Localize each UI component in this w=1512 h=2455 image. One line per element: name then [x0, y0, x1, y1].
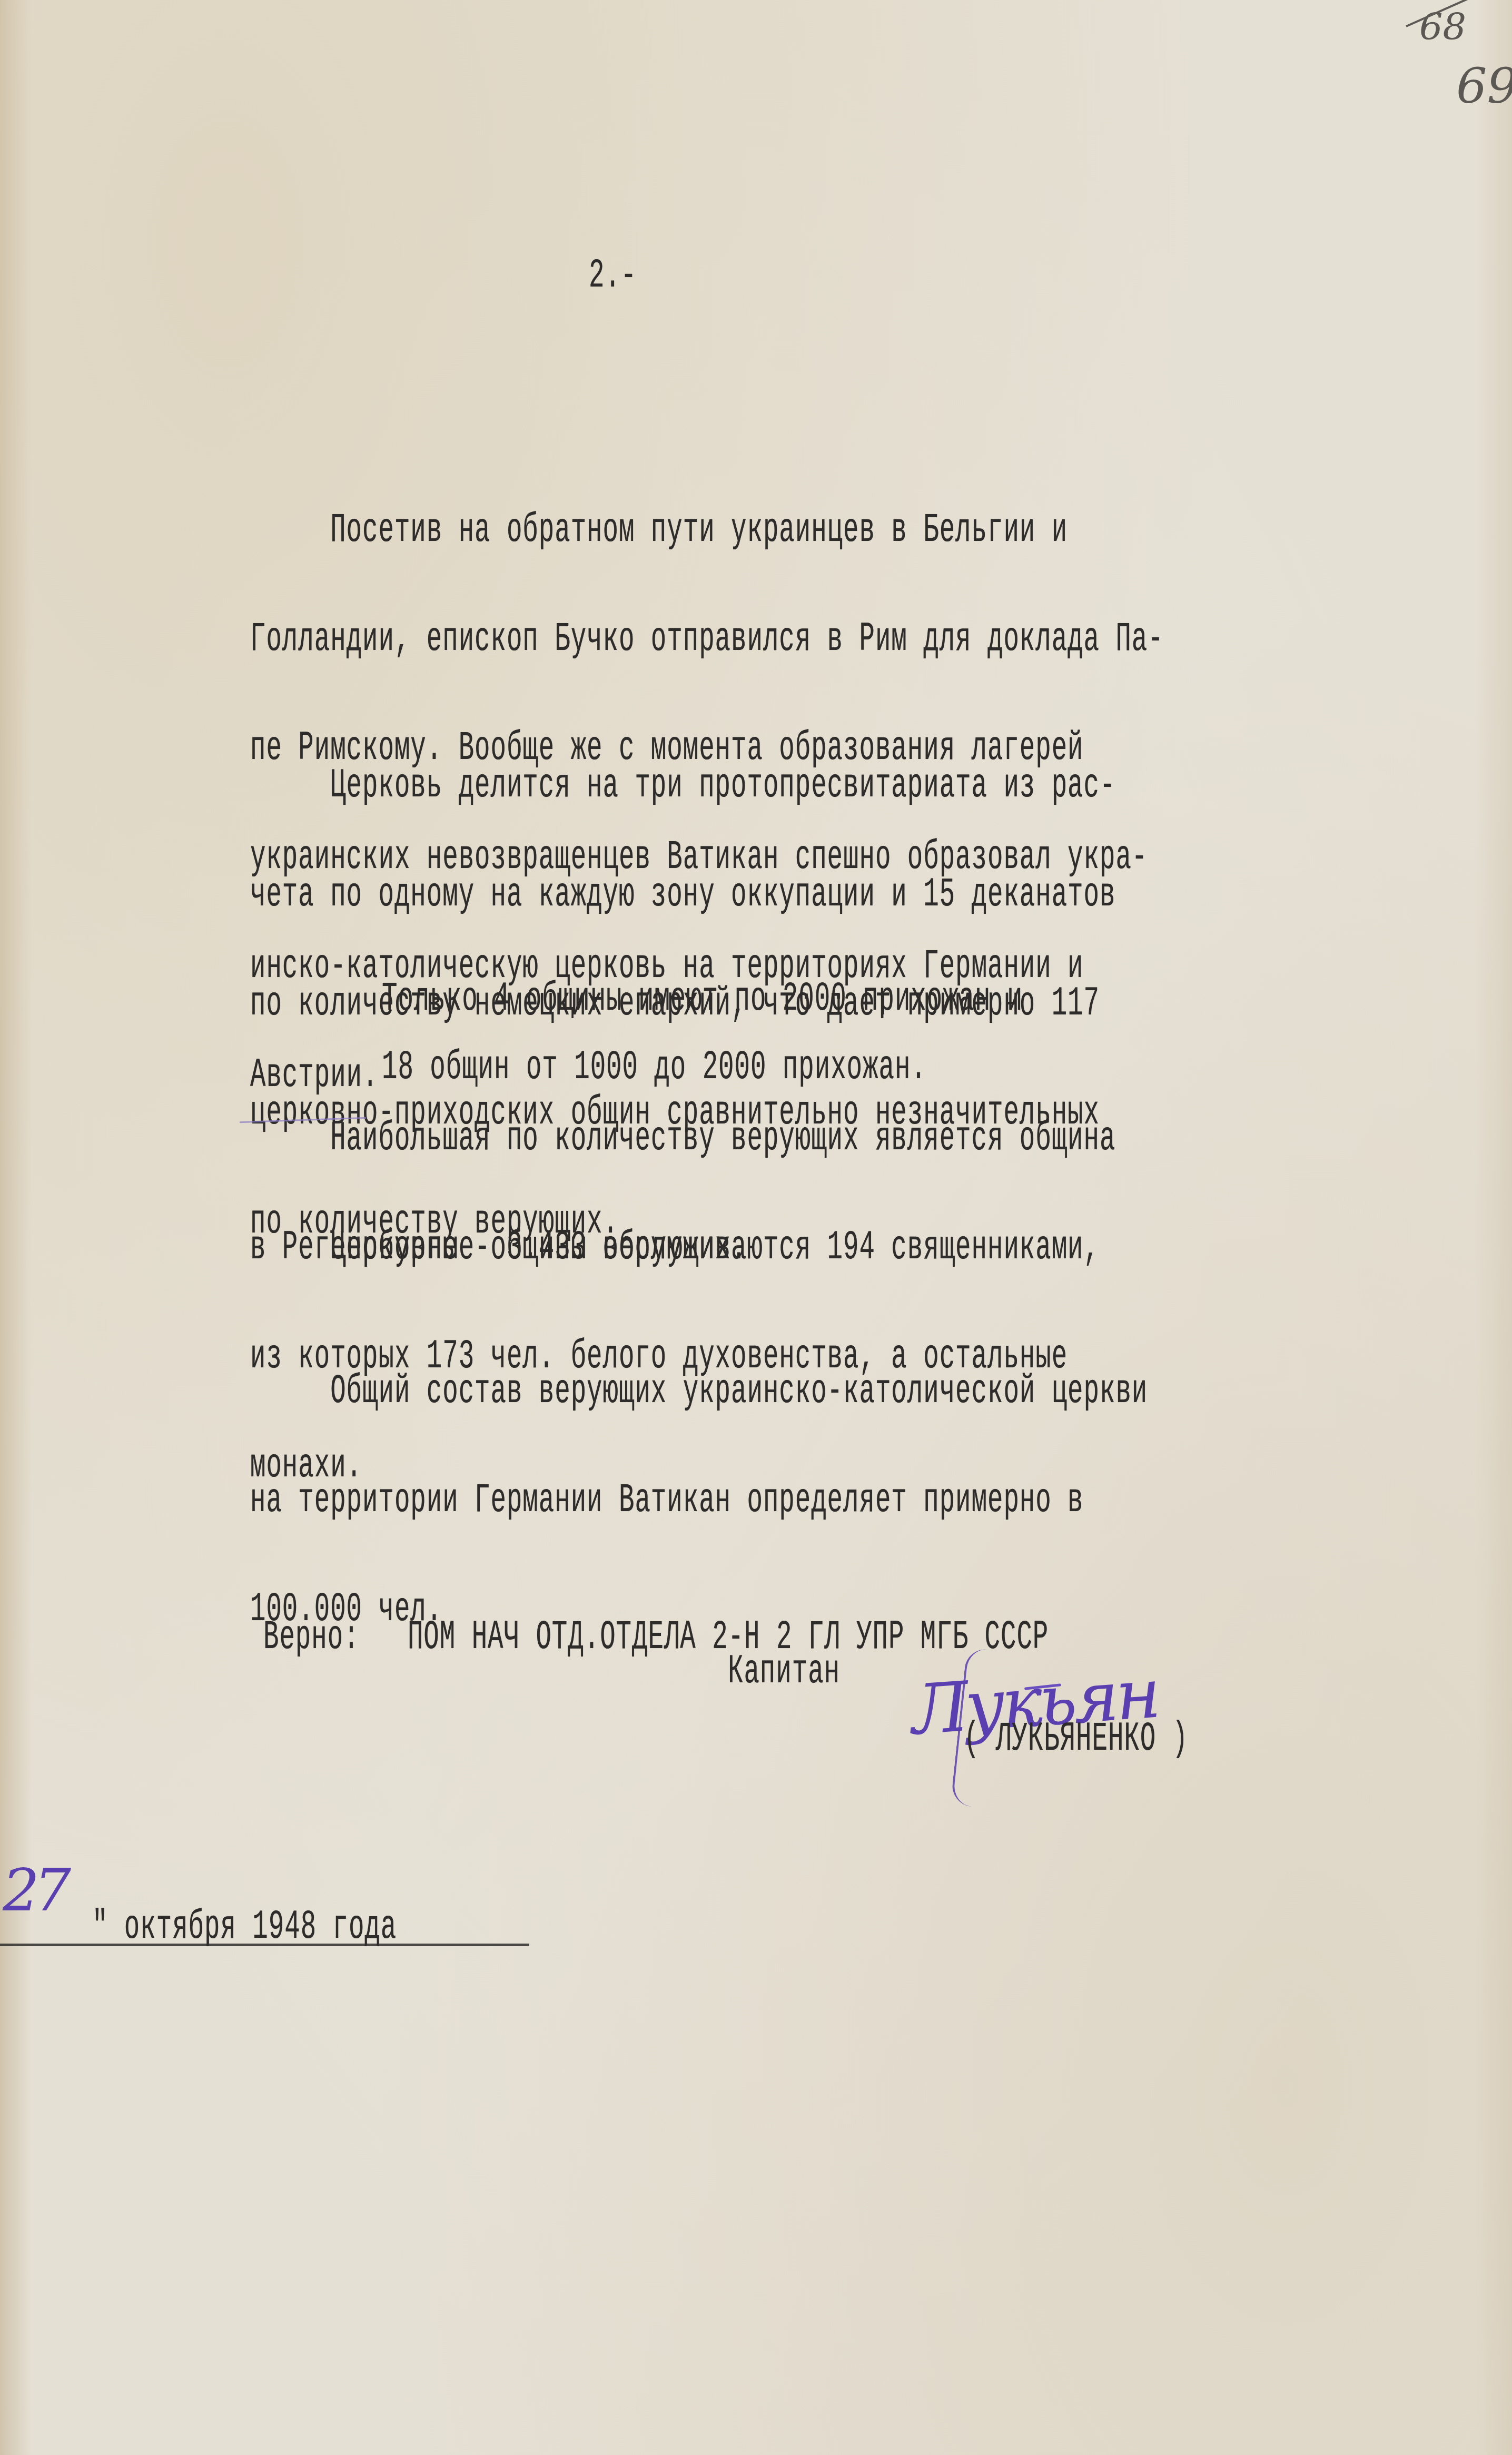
folio-number-struck: 68: [1419, 5, 1466, 48]
text-line: Голландии, епископ Бучко отправился в Ри…: [250, 622, 1164, 658]
text-line: Наибольшая по количеству верующих являет…: [250, 1121, 1115, 1157]
text-line: Церковные общины обслуживаются 194 свяще…: [250, 1230, 1100, 1266]
certification-line: Верно: ПОМ НАЧ ОТД.ОТДЕЛА 2-Н 2 ГЛ УПР М…: [263, 1620, 1049, 1656]
text-line: на территории Германии Ватикан определяе…: [250, 1483, 1148, 1519]
page-number: 2.-: [589, 258, 637, 294]
paragraph-total-believers: Общий состав верующих украинско-католиче…: [250, 1301, 1148, 1664]
text-line: Церковь делится на три протопресвитариат…: [250, 768, 1115, 804]
folio-number: 69: [1456, 58, 1512, 114]
date-text: " октября 1948 года: [92, 1909, 397, 1946]
signatory-rank: Капитан: [728, 1654, 840, 1690]
date-day-handwritten: 27: [3, 1857, 66, 1924]
text-line: Общий состав верующих украинско-католиче…: [250, 1374, 1148, 1410]
signatory-name: ( ЛУКЬЯНЕНКО ): [964, 1721, 1188, 1758]
certification-label: Верно:: [263, 1614, 360, 1661]
date-underline: [0, 1944, 529, 1946]
text-line: чета по одному на каждую зону оккупации …: [250, 877, 1115, 913]
text-line: Посетив на обратном пути украинцев в Бел…: [250, 512, 1164, 549]
